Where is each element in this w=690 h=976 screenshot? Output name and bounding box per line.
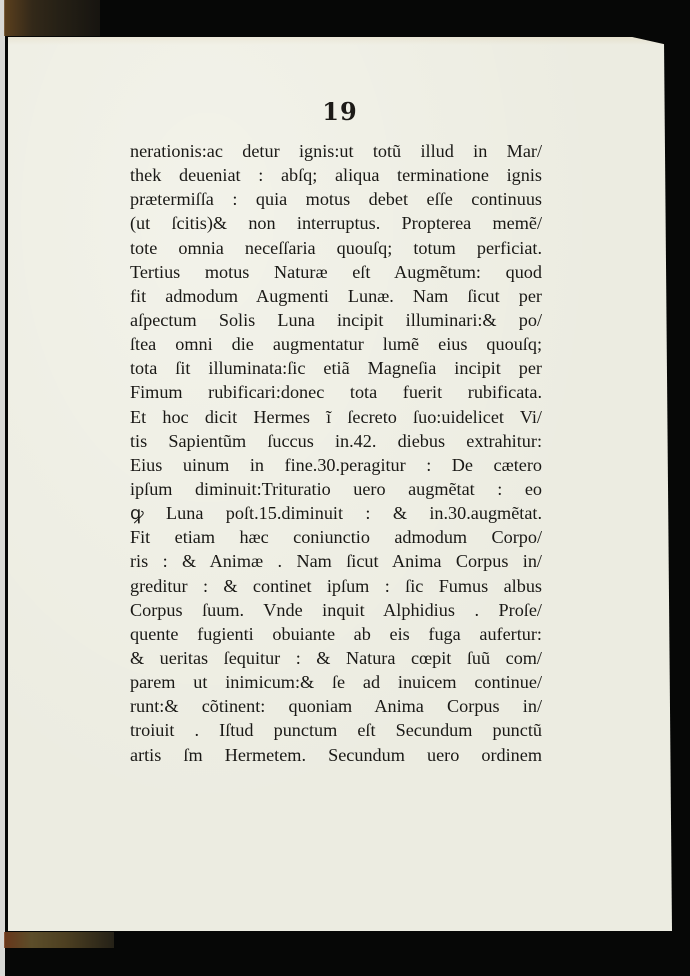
text-line: (ut ſcitis)& non interruptus. Propterea …	[130, 211, 542, 235]
text-line: ris : & Animæ . Nam ſicut Anima Corpus i…	[130, 549, 542, 573]
text-line: quente fugienti obuiante ab eis fuga auf…	[130, 622, 542, 646]
text-line: aſpectum Solis Luna incipit illuminari:&…	[130, 308, 542, 332]
text-line: runt:& cõtinent: quoniam Anima Corpus in…	[130, 694, 542, 718]
page-sheet: 19 nerationis:ac detur ignis:ut totũ ill…	[8, 37, 672, 931]
text-line: artis ſm Hermetem. Secundum uero ordinem	[130, 743, 542, 767]
text-line-paragraph-start: Fit etiam hæc coniunctio admodum Corpo/	[130, 525, 542, 549]
text-line: Fimum rubificari:donec tota fuerit rubif…	[130, 380, 542, 404]
page-number: 19	[8, 97, 672, 126]
text-line: Corpus ſuum. Vnde inquit Alphidius . Pro…	[130, 598, 542, 622]
text-line: tote omnia neceſſaria quouſq; totum perf…	[130, 236, 542, 260]
text-line-paragraph-start: Tertius motus Naturæ eſt Augmẽtum: quod	[130, 260, 542, 284]
text-line: tis Sapientũm ſuccus in.42. diebus extra…	[130, 429, 542, 453]
text-line: tota ſit illuminata:ſic etiã Magneſia in…	[130, 356, 542, 380]
scanned-book-page: 19 nerationis:ac detur ignis:ut totũ ill…	[0, 0, 690, 976]
text-line: fit admodum Augmenti Lunæ. Nam ſicut per	[130, 284, 542, 308]
text-line: greditur : & continet ipſum : ſic Fumus …	[130, 574, 542, 598]
text-line: Et hoc dicit Hermes ĩ ſecreto ſuo:uideli…	[130, 405, 542, 429]
text-line: ſtea omni die augmentatur lumẽ eius quou…	[130, 332, 542, 356]
text-line: troiuit . Iſtud punctum eſt Secundum pun…	[130, 718, 542, 742]
book-binding-bottom	[4, 932, 114, 948]
body-text: nerationis:ac detur ignis:ut totũ illud …	[130, 139, 542, 767]
text-line: nerationis:ac detur ignis:ut totũ illud …	[130, 139, 542, 163]
book-binding-top	[4, 0, 100, 36]
text-line: ipſum diminuit:Trituratio uero augmẽtat …	[130, 477, 542, 501]
text-line: parem ut inimicum:& ſe ad inuicem contin…	[130, 670, 542, 694]
text-line: & ueritas ſequitur : & Natura cœpit ſuũ …	[130, 646, 542, 670]
text-line: prætermiſſa : quia motus debet eſſe cont…	[130, 187, 542, 211]
text-line: Eius uinum in fine.30.peragitur : De cæt…	[130, 453, 542, 477]
scan-left-edge	[0, 0, 5, 976]
text-line: ꝙ Luna poſt.15.diminuit : & in.30.augmẽt…	[130, 501, 542, 525]
text-line: thek deueniat : abſq; aliqua termination…	[130, 163, 542, 187]
